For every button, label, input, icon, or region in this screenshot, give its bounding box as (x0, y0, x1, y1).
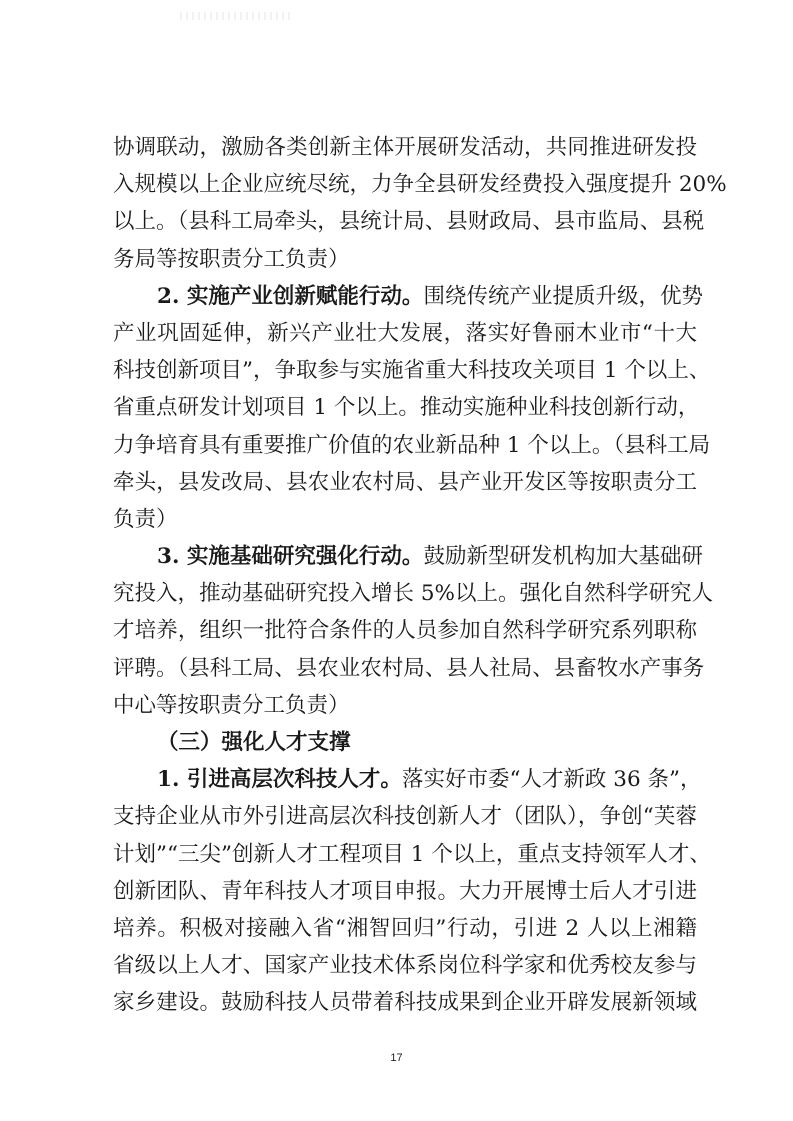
paragraph-line: 才培养，组织一批符合条件的人员参加自然科学研究系列职称 (113, 612, 697, 649)
paragraph-line: 牵头，县发改局、县农业农村局、县产业开发区等按职责分工 (113, 464, 697, 501)
paragraph-line: 培养。积极对接融入省“湘智回归”行动，引进 2 人以上湘籍 (113, 910, 697, 947)
paragraph-line: 评聘。（县科工局、县农业农村局、县人社局、县畜牧水产事务 (113, 650, 697, 687)
scan-artifact (180, 12, 290, 20)
paragraph-line: 产业巩固延伸，新兴产业壮大发展，落实好鲁丽木业市“十大 (113, 315, 697, 352)
paragraph-line: 以上。（县科工局牵头，县统计局、县财政局、县市监局、县税 (113, 203, 697, 240)
item-title: 3. 实施基础研究强化行动。 (157, 544, 423, 569)
item-heading-line: 3. 实施基础研究强化行动。鼓励新型研发机构加大基础研 (113, 538, 697, 575)
paragraph-line: 务局等按职责分工负责） (113, 241, 697, 278)
paragraph-line: 究投入，推动基础研究投入增长 5%以上。强化自然科学研究人 (113, 575, 697, 612)
paragraph-line: 协调联动，激励各类创新主体开展研发活动，共同推进研发投 (113, 129, 697, 166)
paragraph-line: 入规模以上企业应统尽统，力争全县研发经费投入强度提升 20% (113, 166, 697, 203)
document-page: 协调联动，激励各类创新主体开展研发活动，共同推进研发投 入规模以上企业应统尽统，… (0, 0, 793, 1121)
document-body: 协调联动，激励各类创新主体开展研发活动，共同推进研发投 入规模以上企业应统尽统，… (113, 129, 697, 1022)
item-title: 2. 实施产业创新赋能行动。 (157, 284, 423, 309)
item-heading-line: 2. 实施产业创新赋能行动。围绕传统产业提质升级，优势 (113, 278, 697, 315)
paragraph-line: 力争培育具有重要推广价值的农业新品种 1 个以上。（县科工局 (113, 427, 697, 464)
paragraph-line: 科技创新项目”，争取参与实施省重大科技攻关项目 1 个以上、 (113, 352, 697, 389)
section-heading: （三）强化人才支撑 (113, 724, 697, 761)
page-number: 17 (0, 1052, 793, 1064)
section-title: （三）强化人才支撑 (157, 730, 351, 755)
paragraph-line: 中心等按职责分工负责） (113, 687, 697, 724)
item-heading-line: 1. 引进高层次科技人才。落实好市委“人才新政 36 条”， (113, 761, 697, 798)
paragraph-line: 省级以上人才、国家产业技术体系岗位科学家和优秀校友参与 (113, 947, 697, 984)
item-title: 1. 引进高层次科技人才。 (157, 767, 402, 792)
paragraph-line: 家乡建设。鼓励科技人员带着科技成果到企业开辟发展新领域 (113, 984, 697, 1021)
paragraph-line: 省重点研发计划项目 1 个以上。推动实施种业科技创新行动， (113, 389, 697, 426)
paragraph-line: 创新团队、青年科技人才项目申报。大力开展博士后人才引进 (113, 873, 697, 910)
paragraph-line: 支持企业从市外引进高层次科技创新人才（团队），争创“芙蓉 (113, 798, 697, 835)
paragraph-line: 计划”“三尖”创新人才工程项目 1 个以上，重点支持领军人才、 (113, 836, 697, 873)
paragraph-line: 负责） (113, 501, 697, 538)
